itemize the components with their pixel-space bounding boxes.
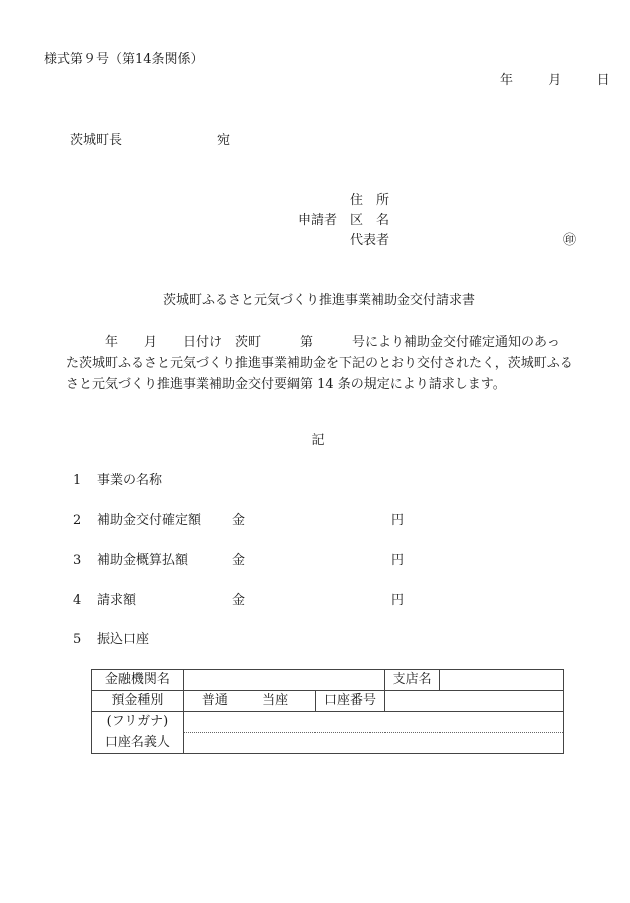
seal-icon: ㊞ [563,233,576,249]
table-row: 預金種別 普通 当座 口座番号 [92,691,564,712]
date-day: 日 [597,73,610,89]
table-row: 口座名義人 [92,733,564,754]
item-number: 2 [73,513,81,529]
furigana-label: (フリガナ) [92,712,184,733]
institution-field[interactable] [183,670,384,691]
table-row: (フリガナ) [92,712,564,733]
amount-unit: 円 [391,513,404,529]
deposit-option-current[interactable]: 当座 [262,693,288,708]
amount-prefix: 金 [232,553,245,569]
account-number-field[interactable] [385,691,564,712]
request-body: 年 月 日付け 茨町 第 号により補助金交付確定通知のあっ た茨城町ふるさと元気… [66,332,578,395]
addressee-name: 茨城町長 [70,133,122,149]
branch-field[interactable] [440,670,564,691]
table-row: 金融機関名 支店名 [92,670,564,691]
body-line: た茨城町ふるさと元気づくり推進事業補助金を下記のとおり交付されたく，茨城町ふる [66,353,578,374]
date-month: 月 [548,73,561,89]
item-bank-account-label: 振込口座 [97,632,149,648]
item-advance-amount-label: 補助金概算払額 [97,553,188,569]
branch-label: 支店名 [385,670,440,691]
furigana-field[interactable] [183,712,563,733]
amount-prefix: 金 [232,513,245,529]
date-line: 年 月 日 [500,73,610,89]
applicant-address-label: 住 所 [350,193,389,209]
account-holder-label: 口座名義人 [92,733,184,754]
item-request-amount-label: 請求額 [97,593,136,609]
item-confirmed-amount-label: 補助金交付確定額 [97,513,201,529]
item-number: 4 [73,593,81,609]
deposit-option-ordinary[interactable]: 普通 [202,693,228,708]
applicant-district-label: 区 名 [350,213,389,229]
item-number: 1 [73,473,81,489]
form-number: 様式第９号（第14条関係） [44,52,204,68]
amount-unit: 円 [391,553,404,569]
body-line: 年 月 日付け 茨町 第 号により補助金交付確定通知のあっ [66,332,578,353]
addressee-suffix: 宛 [217,133,230,149]
applicant-label: 申請者 [298,213,337,229]
amount-unit: 円 [391,593,404,609]
bank-account-table: 金融機関名 支店名 預金種別 普通 当座 口座番号 (フリガナ) 口座名義人 [91,669,564,754]
item-number: 3 [73,553,81,569]
account-number-label: 口座番号 [315,691,385,712]
account-holder-field[interactable] [183,733,563,754]
body-line: さと元気づくり推進事業補助金交付要綱第 14 条の規定により請求します。 [66,374,578,395]
deposit-type-options[interactable]: 普通 当座 [183,691,315,712]
date-year: 年 [500,73,513,89]
institution-label: 金融機関名 [92,670,184,691]
document-title: 茨城町ふるさと元気づくり推進事業補助金交付請求書 [0,293,630,309]
deposit-type-label: 預金種別 [92,691,184,712]
item-number: 5 [73,632,81,648]
item-project-name-label: 事業の名称 [97,473,162,489]
applicant-representative-label: 代表者 [350,233,389,249]
ki-heading: 記 [0,433,630,449]
amount-prefix: 金 [232,593,245,609]
